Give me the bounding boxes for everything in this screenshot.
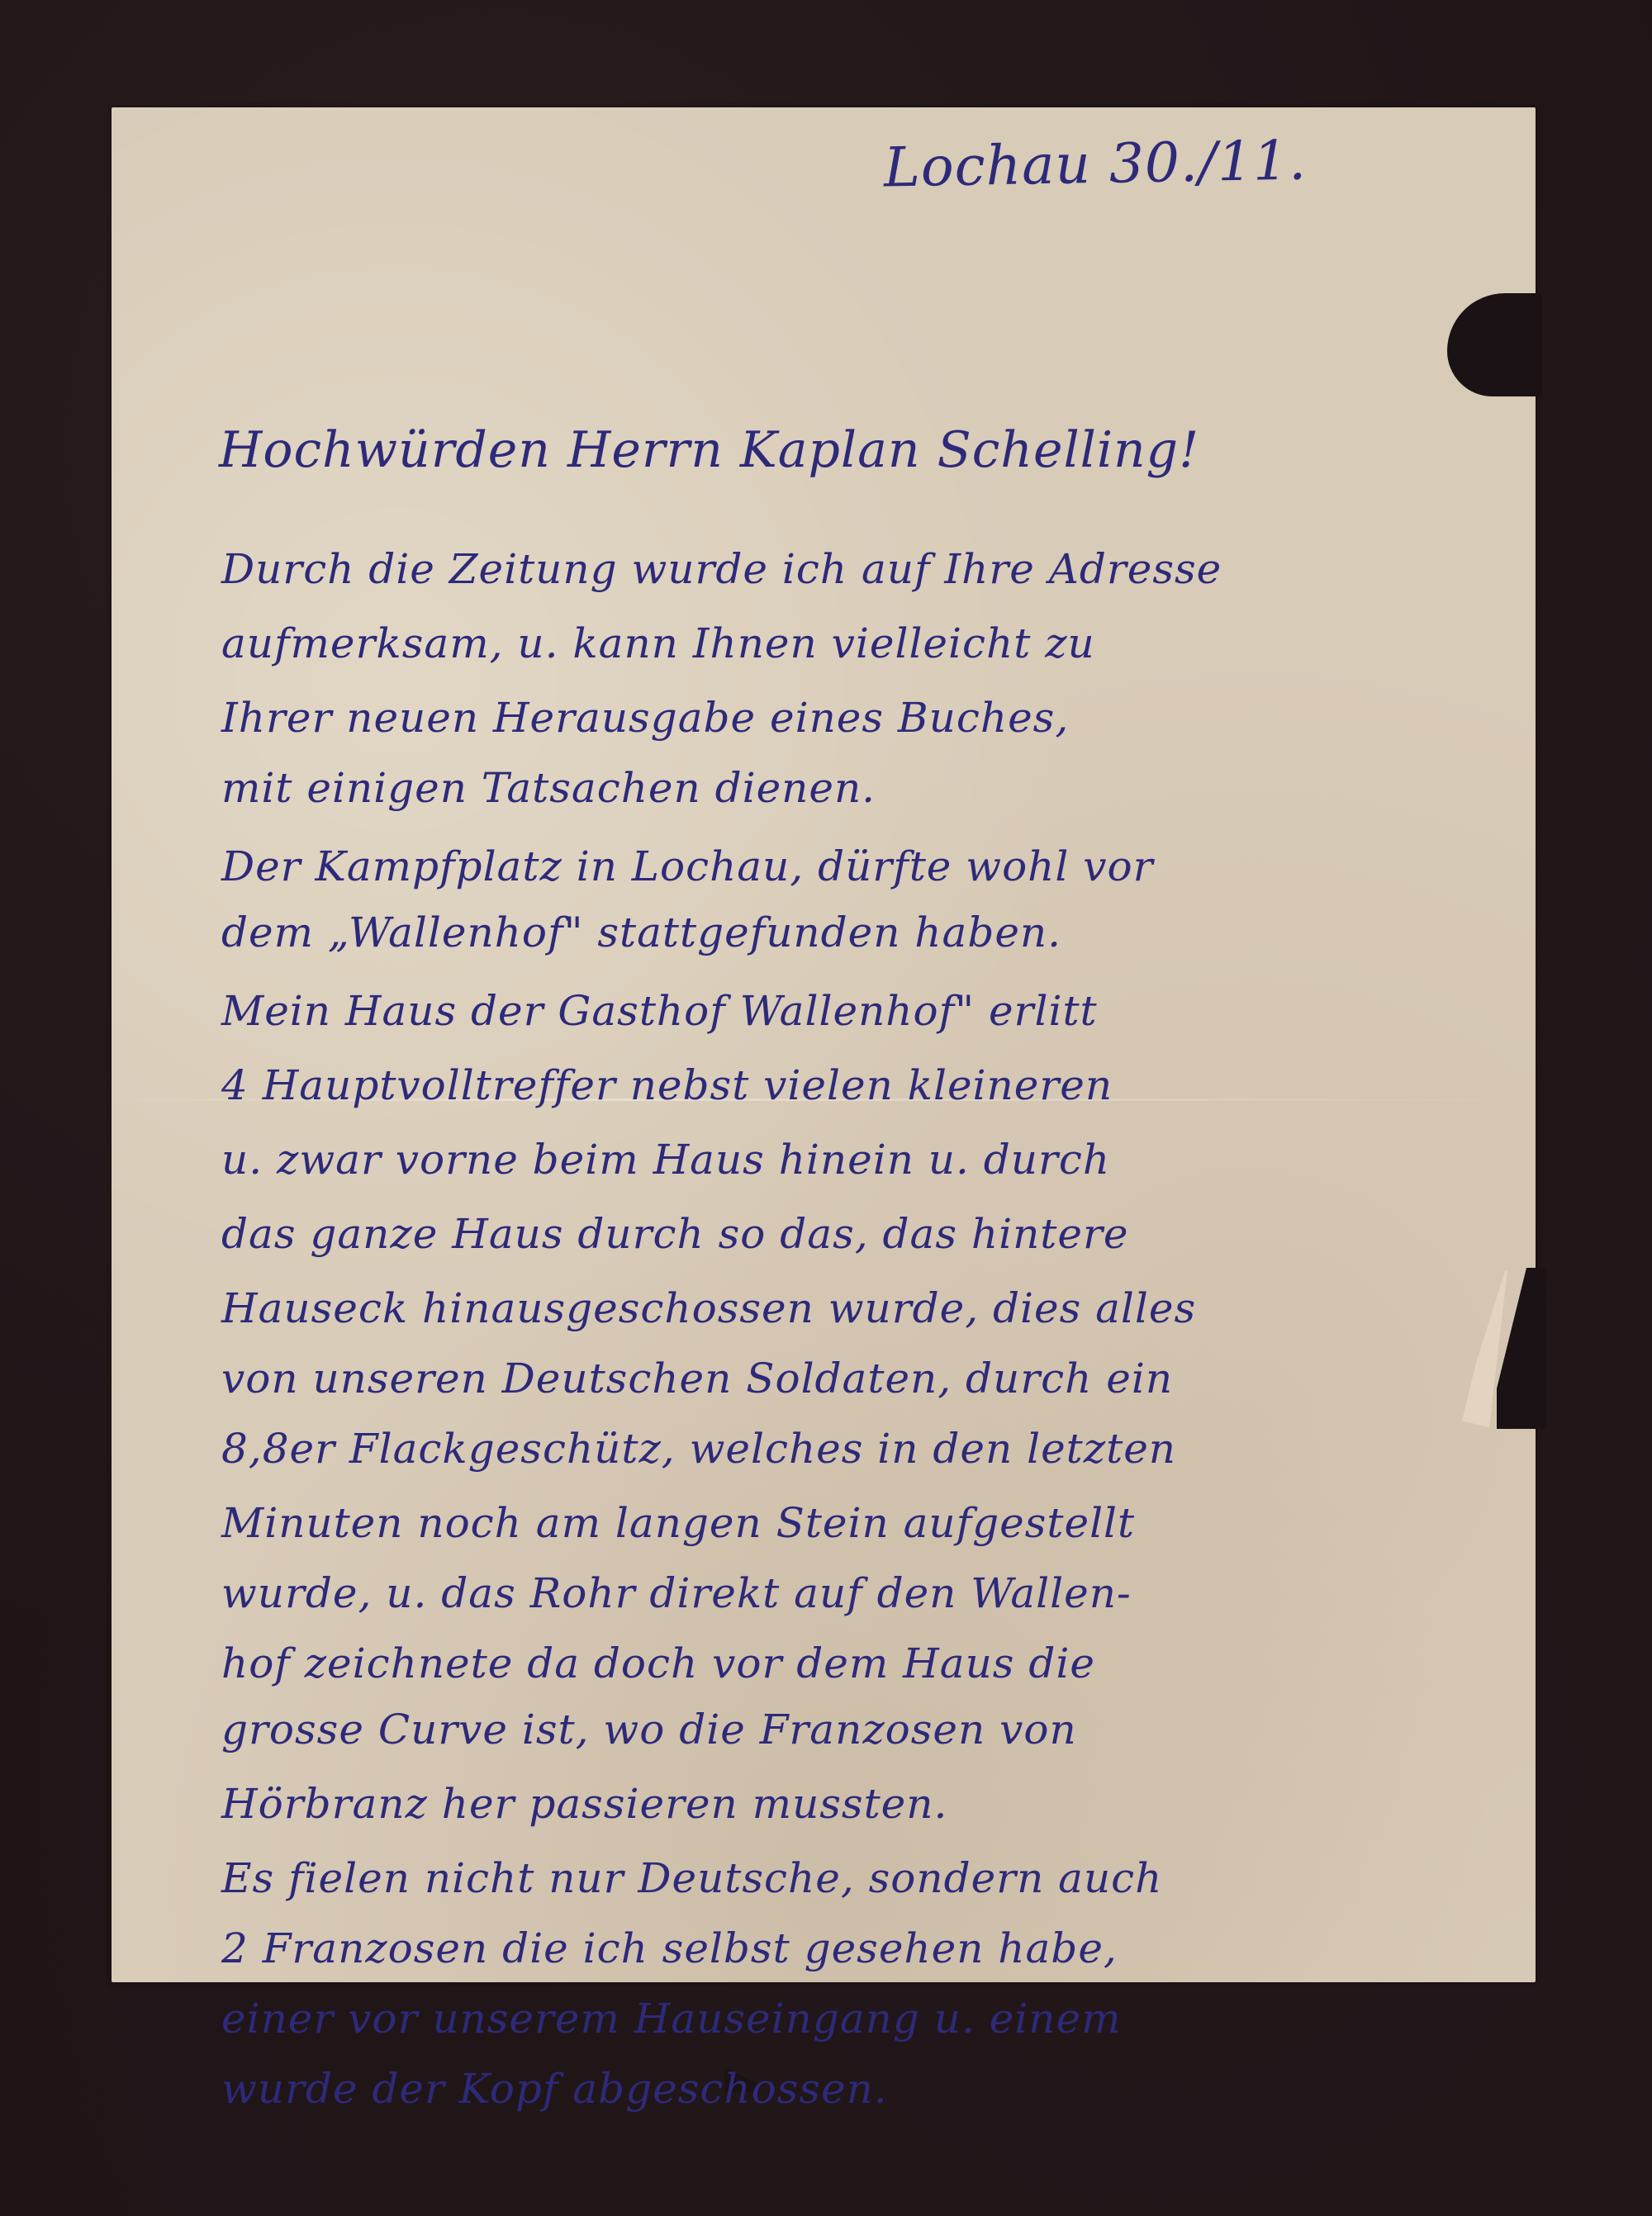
place-date-line: Lochau 30./11. — [883, 129, 1307, 200]
salutation: Hochwürden Herrn Kaplan Schelling! — [219, 421, 1199, 479]
letter-line: Der Kampfplatz in Lochau, dürfte wohl vo… — [221, 842, 1154, 890]
letter-line: mit einigen Tatsachen dienen. — [221, 764, 876, 812]
letter-line: aufmerksam, u. kann Ihnen vielleicht zu — [221, 619, 1095, 667]
letter-line: Es fielen nicht nur Deutsche, sondern au… — [221, 1854, 1162, 1902]
letter-line: 4 Hauptvolltreffer nebst vielen kleinere… — [221, 1061, 1113, 1109]
letter-line: von unseren Deutschen Soldaten, durch ei… — [221, 1355, 1173, 1402]
letter-line: Hauseck hinausgeschossen wurde, dies all… — [221, 1284, 1196, 1332]
letter-line: hof zeichnete da doch vor dem Haus die — [221, 1639, 1095, 1687]
letter-line: Mein Haus der Gasthof Wallenhof" erlitt — [221, 987, 1098, 1035]
letter-sheet — [112, 107, 1536, 1982]
letter-line: das ganze Haus durch so das, das hintere — [221, 1210, 1128, 1258]
letter-line: 2 Franzosen die ich selbst gesehen habe, — [221, 1924, 1118, 1972]
letter-line: Ihrer neuen Herausgabe eines Buches, — [221, 694, 1069, 742]
letter-line: wurde der Kopf abgeschossen. — [221, 2065, 888, 2113]
letter-line: Hörbranz her passieren mussten. — [221, 1780, 947, 1828]
letter-line: Durch die Zeitung wurde ich auf Ihre Adr… — [221, 545, 1222, 593]
letter-line: grosse Curve ist, wo die Franzosen von — [221, 1706, 1077, 1753]
letter-line: einer vor unserem Hauseingang u. einem — [221, 1995, 1122, 2043]
letter-line: Minuten noch am langen Stein aufgestellt — [221, 1499, 1135, 1547]
letter-line: u. zwar vorne beim Haus hinein u. durch — [221, 1136, 1110, 1184]
letter-line: wurde, u. das Rohr direkt auf den Wallen… — [221, 1569, 1132, 1617]
letter-line: 8,8er Flackgeschütz, welches in den letz… — [221, 1425, 1176, 1473]
letter-line: dem „Wallenhof" stattgefunden haben. — [221, 909, 1061, 956]
